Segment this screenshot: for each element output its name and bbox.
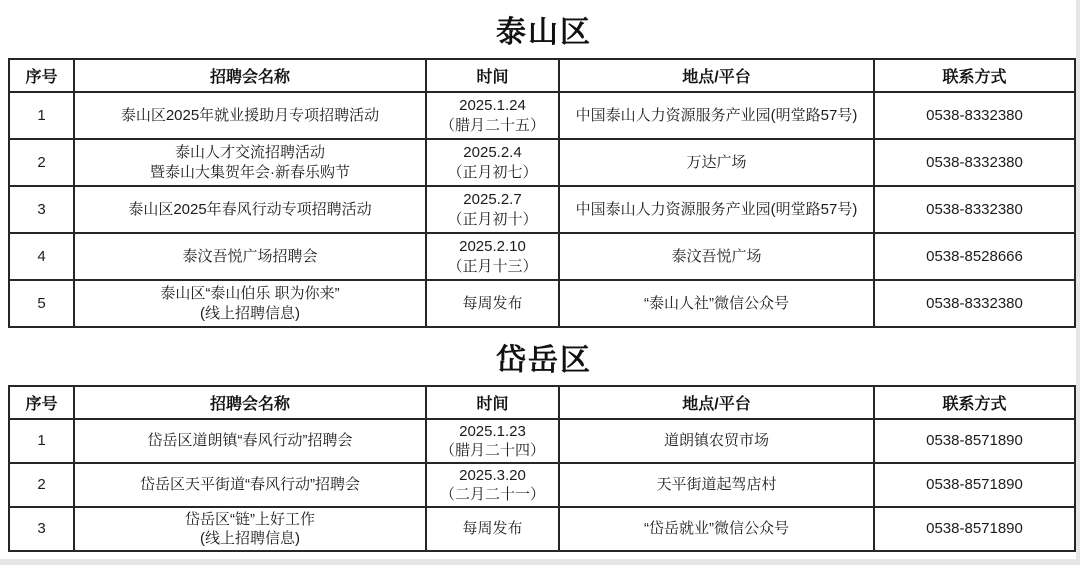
cell-time: 2025.2.4 （正月初七） xyxy=(426,139,559,186)
time-line: （二月二十一） xyxy=(431,485,554,505)
cell-name: 岱岳区道朗镇“春风行动”招聘会 xyxy=(74,419,426,463)
time-line: （正月十三） xyxy=(431,257,554,277)
time-line: 每周发布 xyxy=(431,519,554,539)
cell-contact: 0538-8571890 xyxy=(874,419,1075,463)
table-header-row: 序号 招聘会名称 时间 地点/平台 联系方式 xyxy=(9,386,1075,419)
col-header-no: 序号 xyxy=(9,59,74,92)
col-header-time: 时间 xyxy=(426,386,559,419)
time-line: （正月初七） xyxy=(431,163,554,183)
cell-contact: 0538-8332380 xyxy=(874,280,1075,327)
table-header-row: 序号 招聘会名称 时间 地点/平台 联系方式 xyxy=(9,59,1075,92)
time-line: 2025.3.20 xyxy=(431,466,554,486)
cell-no: 3 xyxy=(9,507,74,551)
col-header-no: 序号 xyxy=(9,386,74,419)
col-header-contact: 联系方式 xyxy=(874,386,1075,419)
name-line: 岱岳区天平街道“春风行动”招聘会 xyxy=(79,475,421,495)
cell-name: 泰汶吾悦广场招聘会 xyxy=(74,233,426,280)
cell-place: 道朗镇农贸市场 xyxy=(559,419,874,463)
col-header-name: 招聘会名称 xyxy=(74,59,426,92)
name-line: 泰山人才交流招聘活动 xyxy=(79,143,421,163)
cell-name: 泰山区2025年就业援助月专项招聘活动 xyxy=(74,92,426,139)
cell-time: 2025.1.24 （腊月二十五） xyxy=(426,92,559,139)
cell-place: 万达广场 xyxy=(559,139,874,186)
cell-no: 2 xyxy=(9,139,74,186)
name-line: 泰山区2025年春风行动专项招聘活动 xyxy=(79,200,421,220)
table-row: 3 泰山区2025年春风行动专项招聘活动 2025.2.7 （正月初十） 中国泰… xyxy=(9,186,1075,233)
section-title-taishan: 泰山区 xyxy=(8,0,1080,58)
cell-place: 中国泰山人力资源服务产业园(明堂路57号) xyxy=(559,92,874,139)
cell-contact: 0538-8332380 xyxy=(874,92,1075,139)
jobfair-table-daiyue: 序号 招聘会名称 时间 地点/平台 联系方式 1 岱岳区道朗镇“春风行动”招聘会… xyxy=(8,385,1076,552)
page: 泰山区 序号 招聘会名称 时间 地点/平台 联系方式 1 泰山区2025年就业援… xyxy=(0,0,1080,565)
cell-place: “岱岳就业”微信公众号 xyxy=(559,507,874,551)
time-line: 2025.1.23 xyxy=(431,422,554,442)
cell-place: 天平街道起驾店村 xyxy=(559,463,874,507)
cell-time: 2025.1.23 （腊月二十四） xyxy=(426,419,559,463)
col-header-contact: 联系方式 xyxy=(874,59,1075,92)
cell-no: 2 xyxy=(9,463,74,507)
time-line: （正月初十） xyxy=(431,210,554,230)
cell-name: 泰山区2025年春风行动专项招聘活动 xyxy=(74,186,426,233)
cell-contact: 0538-8528666 xyxy=(874,233,1075,280)
cell-place: 中国泰山人力资源服务产业园(明堂路57号) xyxy=(559,186,874,233)
table-row: 4 泰汶吾悦广场招聘会 2025.2.10 （正月十三） 泰汶吾悦广场 0538… xyxy=(9,233,1075,280)
name-line: 泰山区“泰山伯乐 职为你来” xyxy=(79,284,421,304)
name-line: 泰山区2025年就业援助月专项招聘活动 xyxy=(79,106,421,126)
cell-no: 3 xyxy=(9,186,74,233)
jobfair-table-taishan: 序号 招聘会名称 时间 地点/平台 联系方式 1 泰山区2025年就业援助月专项… xyxy=(8,58,1076,328)
name-line: 岱岳区“链”上好工作 xyxy=(79,510,421,530)
cell-time: 每周发布 xyxy=(426,280,559,327)
cell-time: 2025.2.10 （正月十三） xyxy=(426,233,559,280)
col-header-place: 地点/平台 xyxy=(559,386,874,419)
cell-contact: 0538-8332380 xyxy=(874,186,1075,233)
time-line: 2025.2.10 xyxy=(431,237,554,257)
time-line: （腊月二十四） xyxy=(431,441,554,461)
name-line: 暨泰山大集贺年会·新春乐购节 xyxy=(79,163,421,183)
time-line: 2025.1.24 xyxy=(431,96,554,116)
cell-no: 4 xyxy=(9,233,74,280)
time-line: 每周发布 xyxy=(431,294,554,314)
col-header-time: 时间 xyxy=(426,59,559,92)
table-row: 1 泰山区2025年就业援助月专项招聘活动 2025.1.24 （腊月二十五） … xyxy=(9,92,1075,139)
cell-contact: 0538-8571890 xyxy=(874,507,1075,551)
col-header-name: 招聘会名称 xyxy=(74,386,426,419)
col-header-place: 地点/平台 xyxy=(559,59,874,92)
cell-no: 1 xyxy=(9,419,74,463)
name-line: (线上招聘信息) xyxy=(79,529,421,549)
cell-name: 泰山人才交流招聘活动 暨泰山大集贺年会·新春乐购节 xyxy=(74,139,426,186)
cell-time: 2025.2.7 （正月初十） xyxy=(426,186,559,233)
time-line: 2025.2.7 xyxy=(431,190,554,210)
section-title-daiyue: 岱岳区 xyxy=(8,328,1080,385)
cell-contact: 0538-8571890 xyxy=(874,463,1075,507)
cell-contact: 0538-8332380 xyxy=(874,139,1075,186)
cell-place: 泰汶吾悦广场 xyxy=(559,233,874,280)
screenshot-edge-right xyxy=(1076,0,1080,565)
table-row: 1 岱岳区道朗镇“春风行动”招聘会 2025.1.23 （腊月二十四） 道朗镇农… xyxy=(9,419,1075,463)
cell-time: 每周发布 xyxy=(426,507,559,551)
time-line: 2025.2.4 xyxy=(431,143,554,163)
screenshot-edge-bottom xyxy=(0,559,1080,565)
cell-no: 1 xyxy=(9,92,74,139)
content-area: 泰山区 序号 招聘会名称 时间 地点/平台 联系方式 1 泰山区2025年就业援… xyxy=(0,0,1080,552)
name-line: (线上招聘信息) xyxy=(79,304,421,324)
table-row: 5 泰山区“泰山伯乐 职为你来” (线上招聘信息) 每周发布 “泰山人社”微信公… xyxy=(9,280,1075,327)
cell-place: “泰山人社”微信公众号 xyxy=(559,280,874,327)
cell-name: 岱岳区“链”上好工作 (线上招聘信息) xyxy=(74,507,426,551)
name-line: 岱岳区道朗镇“春风行动”招聘会 xyxy=(79,431,421,451)
table-row: 2 泰山人才交流招聘活动 暨泰山大集贺年会·新春乐购节 2025.2.4 （正月… xyxy=(9,139,1075,186)
cell-name: 岱岳区天平街道“春风行动”招聘会 xyxy=(74,463,426,507)
table-row: 2 岱岳区天平街道“春风行动”招聘会 2025.3.20 （二月二十一） 天平街… xyxy=(9,463,1075,507)
cell-no: 5 xyxy=(9,280,74,327)
cell-time: 2025.3.20 （二月二十一） xyxy=(426,463,559,507)
name-line: 泰汶吾悦广场招聘会 xyxy=(79,247,421,267)
cell-name: 泰山区“泰山伯乐 职为你来” (线上招聘信息) xyxy=(74,280,426,327)
table-row: 3 岱岳区“链”上好工作 (线上招聘信息) 每周发布 “岱岳就业”微信公众号 0… xyxy=(9,507,1075,551)
time-line: （腊月二十五） xyxy=(431,116,554,136)
